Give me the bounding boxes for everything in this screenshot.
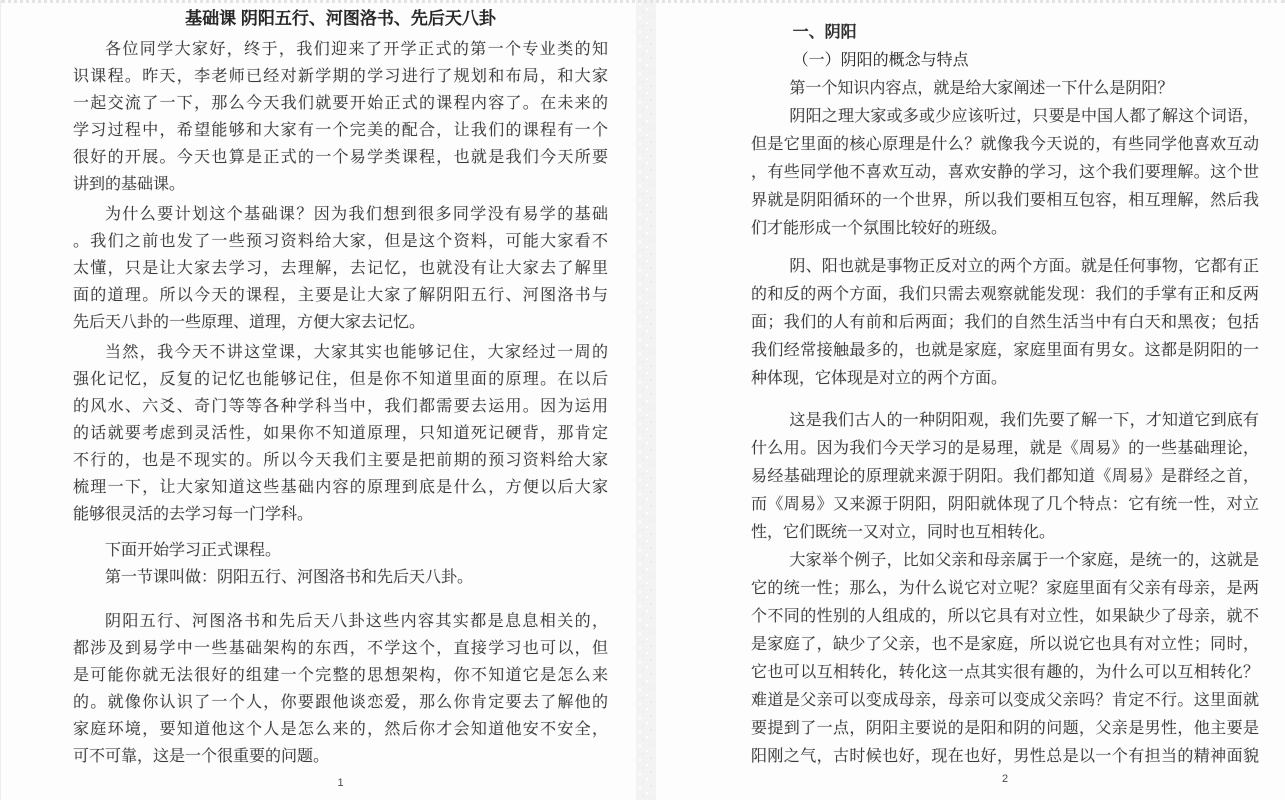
page-gutter (636, 0, 656, 800)
text-line: 我们经常接触最多的，也就是家庭，家庭里面有男女。这都是阴阳的一 (751, 337, 1259, 365)
text-line: 第一节课叫做：阴阳五行、河图洛书和先后天八卦。 (73, 564, 608, 591)
text-line: 梳理一下，让大家知道这些基础内容的原理到底是什么，方便以后大家 (73, 474, 608, 501)
text-line: 能够很灵活的去学习每一门学科。 (73, 501, 608, 528)
text-line: 可不可靠，这是一个很重要的问题。 (73, 743, 608, 770)
document-title: 基础课 阴阳五行、河图洛书、先后天八卦 (73, 0, 608, 29)
text-line: 强化记忆，反复的记忆也能够记住，但是你不知道里面的原理。在以后 (73, 366, 608, 393)
text-line: 是家庭了，缺少了父亲，也不是家庭，所以说它也具有对立性；同时， (751, 631, 1259, 659)
text-line: 种体现，它体现是对立的两个方面。 (751, 365, 1259, 393)
text-line: 家庭环境，要知道他这个人是怎么来的，然后你才会知道他安不安全， (73, 716, 608, 743)
paragraph: 阴、阳也就是事物正反对立的两个方面。就是任何事物，它都有正的和反的两个方面，我们… (751, 253, 1259, 393)
text-line: 不行的，也是不现实的。所以今天我们主要是把前期的预习资料给大家 (73, 447, 608, 474)
text-line: 面的道理。所以今天的课程，主要是让大家了解阴阳五行、河图洛书与 (73, 282, 608, 309)
text-line: 而《周易》又来源于阴阳，阴阳就体现了几个特点：它有统一性，对立 (751, 491, 1259, 519)
text-line: 什么用。因为我们今天学习的是易理，就是《周易》的一些基础理论， (751, 435, 1259, 463)
page-1: 基础课 阴阳五行、河图洛书、先后天八卦 各位同学大家好，终于，我们迎来了开学正式… (1, 0, 636, 800)
text-line: 但是它里面的核心原理是什么？就像我今天说的，有些同学他喜欢互动 (751, 131, 1259, 159)
text-line: 的话就要考虑到灵活性，如果你不知道原理，只知道死记硬背，那肯定 (73, 420, 608, 447)
page-number: 2 (751, 772, 1259, 786)
text-line: 的。就像你认识了一个人，你要跟他谈恋爱，那么你肯定要去了解他的 (73, 689, 608, 716)
text-line: 要提到了一点，阴阳主要说的是阳和阴的问题，父亲是男性，他主要是 (751, 715, 1259, 743)
text-line: 讲到的基础课。 (73, 171, 608, 198)
subsection-heading: （一）阴阳的概念与特点 (751, 47, 1259, 75)
paragraph: 这是我们古人的一种阴阳观，我们先要了解一下，才知道它到底有什么用。因为我们今天学… (751, 407, 1259, 547)
text-line: 阳刚之气，古时候也好，现在也好，男性总是以一个有担当的精神面貌 (751, 743, 1259, 771)
text-line: 很好的开展。今天也算是正式的一个易学类课程，也就是我们今天所要 (73, 144, 608, 171)
paragraph: 第一节课叫做：阴阳五行、河图洛书和先后天八卦。 (73, 564, 608, 591)
paragraph: 各位同学大家好，终于，我们迎来了开学正式的第一个专业类的知识课程。昨天，李老师已… (73, 36, 608, 198)
text-line: 是可能你就无法很好的组建一个完整的思想架构，你不知道它是怎么来 (73, 662, 608, 689)
text-line: 个不同的性别的人组成的，所以它具有对立性，如果缺少了母亲，就不 (751, 603, 1259, 631)
text-line: 难道是父亲可以变成母亲，母亲可以变成父亲吗？肯定不行。这里面就 (751, 687, 1259, 715)
paragraph: 大家举个例子，比如父亲和母亲属于一个家庭，是统一的，这就是它的统一性；那么，为什… (751, 547, 1259, 771)
page-number: 1 (73, 776, 608, 790)
text-line: 当然，我今天不讲这堂课，大家其实也能够记住，大家经过一周的 (73, 339, 608, 366)
paragraph: 为什么要计划这个基础课？因为我们想到很多同学没有易学的基础。我们之前也发了一些预… (73, 201, 608, 336)
text-line: 先后天八卦的一些原理、道理，方便大家去记忆。 (73, 309, 608, 336)
paragraph: 下面开始学习正式课程。 (73, 537, 608, 564)
text-line: 易经基础理论的原理就来源于阴阳。我们都知道《周易》是群经之首， (751, 463, 1259, 491)
text-line: 太懂，只是让大家去学习，去理解，去记忆，也就没有让大家去了解里 (73, 255, 608, 282)
text-line: 各位同学大家好，终于，我们迎来了开学正式的第一个专业类的知 (73, 36, 608, 63)
text-line: 的风水、六爻、奇门等等各种学科当中，我们都需要去运用。因为运用 (73, 393, 608, 420)
paragraph: 阴阳五行、河图洛书和先后天八卦这些内容其实都是息息相关的，都涉及到易学中一些基础… (73, 608, 608, 770)
paragraph: 当然，我今天不讲这堂课，大家其实也能够记住，大家经过一周的强化记忆，反复的记忆也… (73, 339, 608, 528)
text-line: 阴阳之理大家或多或少应该听过，只要是中国人都了解这个词语， (751, 103, 1259, 131)
text-line: 大家举个例子，比如父亲和母亲属于一个家庭，是统一的，这就是 (751, 547, 1259, 575)
text-line: ，有些同学他不喜欢互动，喜欢安静的学习，这个我们要理解。这个世 (751, 159, 1259, 187)
page-2-content: 一、阴阳 （一）阴阳的概念与特点 第一个知识内容点，就是给大家阐述一下什么是阴阳… (751, 0, 1259, 786)
text-line: 这是我们古人的一种阴阳观，我们先要了解一下，才知道它到底有 (751, 407, 1259, 435)
text-line: 。我们之前也发了一些预习资料给大家，但是这个资料，可能大家看不 (73, 228, 608, 255)
document-viewer: 基础课 阴阳五行、河图洛书、先后天八卦 各位同学大家好，终于，我们迎来了开学正式… (0, 0, 1285, 800)
text-line: 识课程。昨天，李老师已经对新学期的学习进行了规划和布局，和大家 (73, 63, 608, 90)
text-line: 的和反的两个方面，我们只需去观察就能发现：我们的手掌有正和反两 (751, 281, 1259, 309)
page-2: 一、阴阳 （一）阴阳的概念与特点 第一个知识内容点，就是给大家阐述一下什么是阴阳… (656, 0, 1285, 800)
text-line: 第一个知识内容点，就是给大家阐述一下什么是阴阳？ (751, 75, 1259, 103)
paragraph: 第一个知识内容点，就是给大家阐述一下什么是阴阳？ (751, 75, 1259, 103)
text-line: 都涉及到易学中一些基础架构的东西，不学这个，直接学习也可以，但 (73, 635, 608, 662)
text-line: 阴阳五行、河图洛书和先后天八卦这些内容其实都是息息相关的， (73, 608, 608, 635)
text-line: 面；我们的人有前和后两面；我们的自然生活当中有白天和黑夜；包括 (751, 309, 1259, 337)
text-line: 它也可以互相转化，转化这一点其实很有趣的，为什么可以互相转化？ (751, 659, 1259, 687)
text-line: 它的统一性；那么，为什么说它对立呢？家庭里面有父亲有母亲，是两 (751, 575, 1259, 603)
section-heading: 一、阴阳 (751, 19, 1259, 47)
top-edge-texture (1, 0, 1285, 3)
text-line: 们才能形成一个氛围比较好的班级。 (751, 215, 1259, 243)
text-line: 界就是阴阳循环的一个世界，所以我们要相互包容，相互理解，然后我 (751, 187, 1259, 215)
page-1-content: 基础课 阴阳五行、河图洛书、先后天八卦 各位同学大家好，终于，我们迎来了开学正式… (73, 0, 608, 790)
text-line: 下面开始学习正式课程。 (73, 537, 608, 564)
paragraph: 阴阳之理大家或多或少应该听过，只要是中国人都了解这个词语，但是它里面的核心原理是… (751, 103, 1259, 243)
text-line: 一起交流了一下，那么今天我们就要开始正式的课程内容了。在未来的 (73, 90, 608, 117)
text-line: 阴、阳也就是事物正反对立的两个方面。就是任何事物，它都有正 (751, 253, 1259, 281)
text-line: 性，它们既统一又对立，同时也互相转化。 (751, 519, 1259, 547)
text-line: 为什么要计划这个基础课？因为我们想到很多同学没有易学的基础 (73, 201, 608, 228)
text-line: 学习过程中，希望能够和大家有一个完美的配合，让我们的课程有一个 (73, 117, 608, 144)
